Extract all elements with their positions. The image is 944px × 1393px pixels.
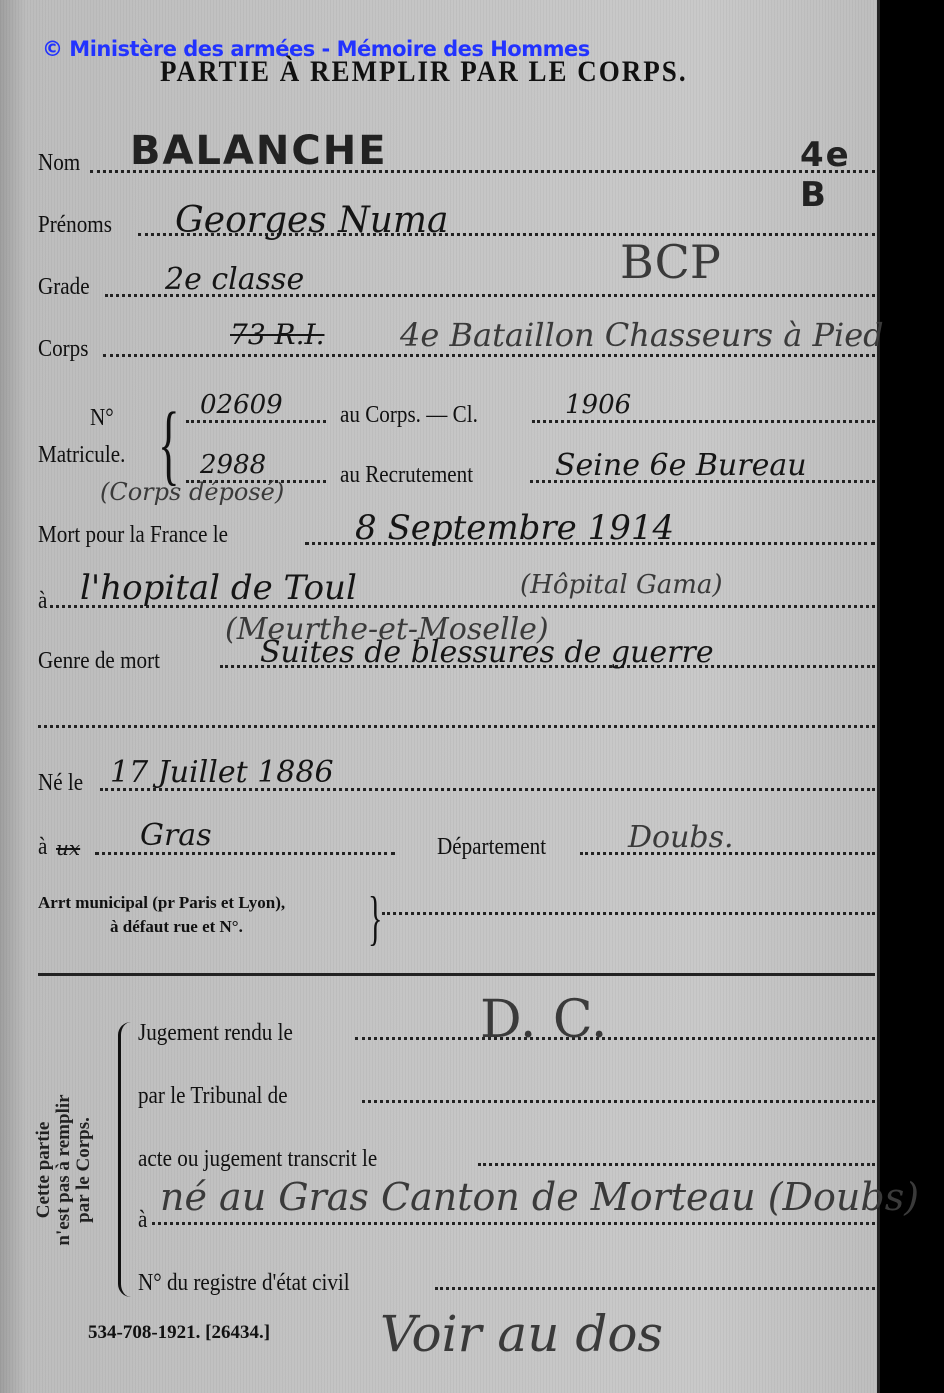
hopital-annotation: (Hôpital Gama) <box>520 570 723 600</box>
side-note: Cette partie n'est pas à remplir par le … <box>34 1070 94 1270</box>
corps-label: Corps <box>38 336 88 363</box>
form-code: 534-708-1921. [26434.] <box>88 1322 270 1344</box>
lieu-mort-label: à <box>38 588 47 615</box>
arrondissement-label-2: à défaut rue et N°. <box>110 917 243 937</box>
matricule-corps-line <box>186 420 326 423</box>
recrutement-value: Seine 6e Bureau <box>555 448 807 483</box>
matricule-corps-label: au Corps. — Cl. <box>340 402 478 429</box>
grade-label: Grade <box>38 274 90 301</box>
matricule-recrutement-number: 2988 <box>200 450 266 480</box>
departement-label: Département <box>437 834 546 861</box>
arrondissement-label-1: Arrt municipal (pr Paris et Lyon), <box>38 893 285 913</box>
corps-depose-annotation: (Corps déposé) <box>100 478 284 506</box>
ne-le-value: 17 Juillet 1886 <box>110 755 334 790</box>
corps-struck: 73 R.I. <box>230 318 324 351</box>
transcrit-line <box>478 1163 875 1166</box>
prenoms-value: Georges Numa <box>175 200 449 241</box>
lieu-mort-value: l'hopital de Toul <box>80 568 357 608</box>
tribunal-line <box>362 1100 875 1103</box>
copyright-watermark: © Ministère des armées - Mémoire des Hom… <box>42 37 590 61</box>
corner-mark: 4e B <box>800 135 877 215</box>
departement-value: Doubs. <box>628 820 734 855</box>
nom-value: BALANCHE <box>130 128 388 174</box>
transcrit-a-value: né au Gras Canton de Morteau (Doubs) <box>160 1175 919 1219</box>
jugement-rendu-value: D. C. <box>480 990 607 1050</box>
genre-mort-value: Suites de blessures de guerre <box>260 635 714 670</box>
blank-line <box>38 725 875 728</box>
recrutement-label: au Recrutement <box>340 462 473 489</box>
record-card: © Ministère des armées - Mémoire des Hom… <box>0 0 880 1393</box>
registre-line <box>435 1287 875 1290</box>
section-divider <box>38 973 875 976</box>
classe-value: 1906 <box>565 390 631 420</box>
ne-a-value: Gras <box>140 818 212 853</box>
transcrit-a-label: à <box>138 1207 147 1234</box>
jugement-rendu-label: Jugement rendu le <box>138 1020 293 1047</box>
registre-label: N° du registre d'état civil <box>138 1270 350 1297</box>
prenoms-label: Prénoms <box>38 212 112 239</box>
matricule-label: Matricule. <box>38 442 125 469</box>
mort-label: Mort pour la France le <box>38 522 228 549</box>
grade-value: 2e classe <box>165 262 304 297</box>
jugement-rendu-line <box>355 1037 875 1040</box>
nom-label: Nom <box>38 150 80 177</box>
matricule-corps-number: 02609 <box>200 390 283 420</box>
ne-a-struck: ux <box>56 836 80 860</box>
corps-line <box>103 354 875 357</box>
arrondissement-brace: } <box>368 884 382 953</box>
transcrit-a-line <box>152 1222 875 1225</box>
transcrit-label: acte ou jugement transcrit le <box>138 1146 377 1173</box>
mort-value: 8 Septembre 1914 <box>355 508 674 548</box>
ne-a-label: à <box>38 834 47 861</box>
classe-line <box>532 420 875 423</box>
arrondissement-line <box>382 912 875 915</box>
ne-le-label: Né le <box>38 770 83 797</box>
voir-au-dos-note: Voir au dos <box>380 1305 663 1363</box>
tribunal-label: par le Tribunal de <box>138 1083 288 1110</box>
bcp-annotation: BCP <box>620 235 721 289</box>
corps-value: 4e Bataillon Chasseurs à Pied <box>400 316 884 354</box>
matricule-no-label: N° <box>90 405 114 432</box>
genre-mort-label: Genre de mort <box>38 648 160 675</box>
jugement-bracket <box>118 1022 131 1297</box>
